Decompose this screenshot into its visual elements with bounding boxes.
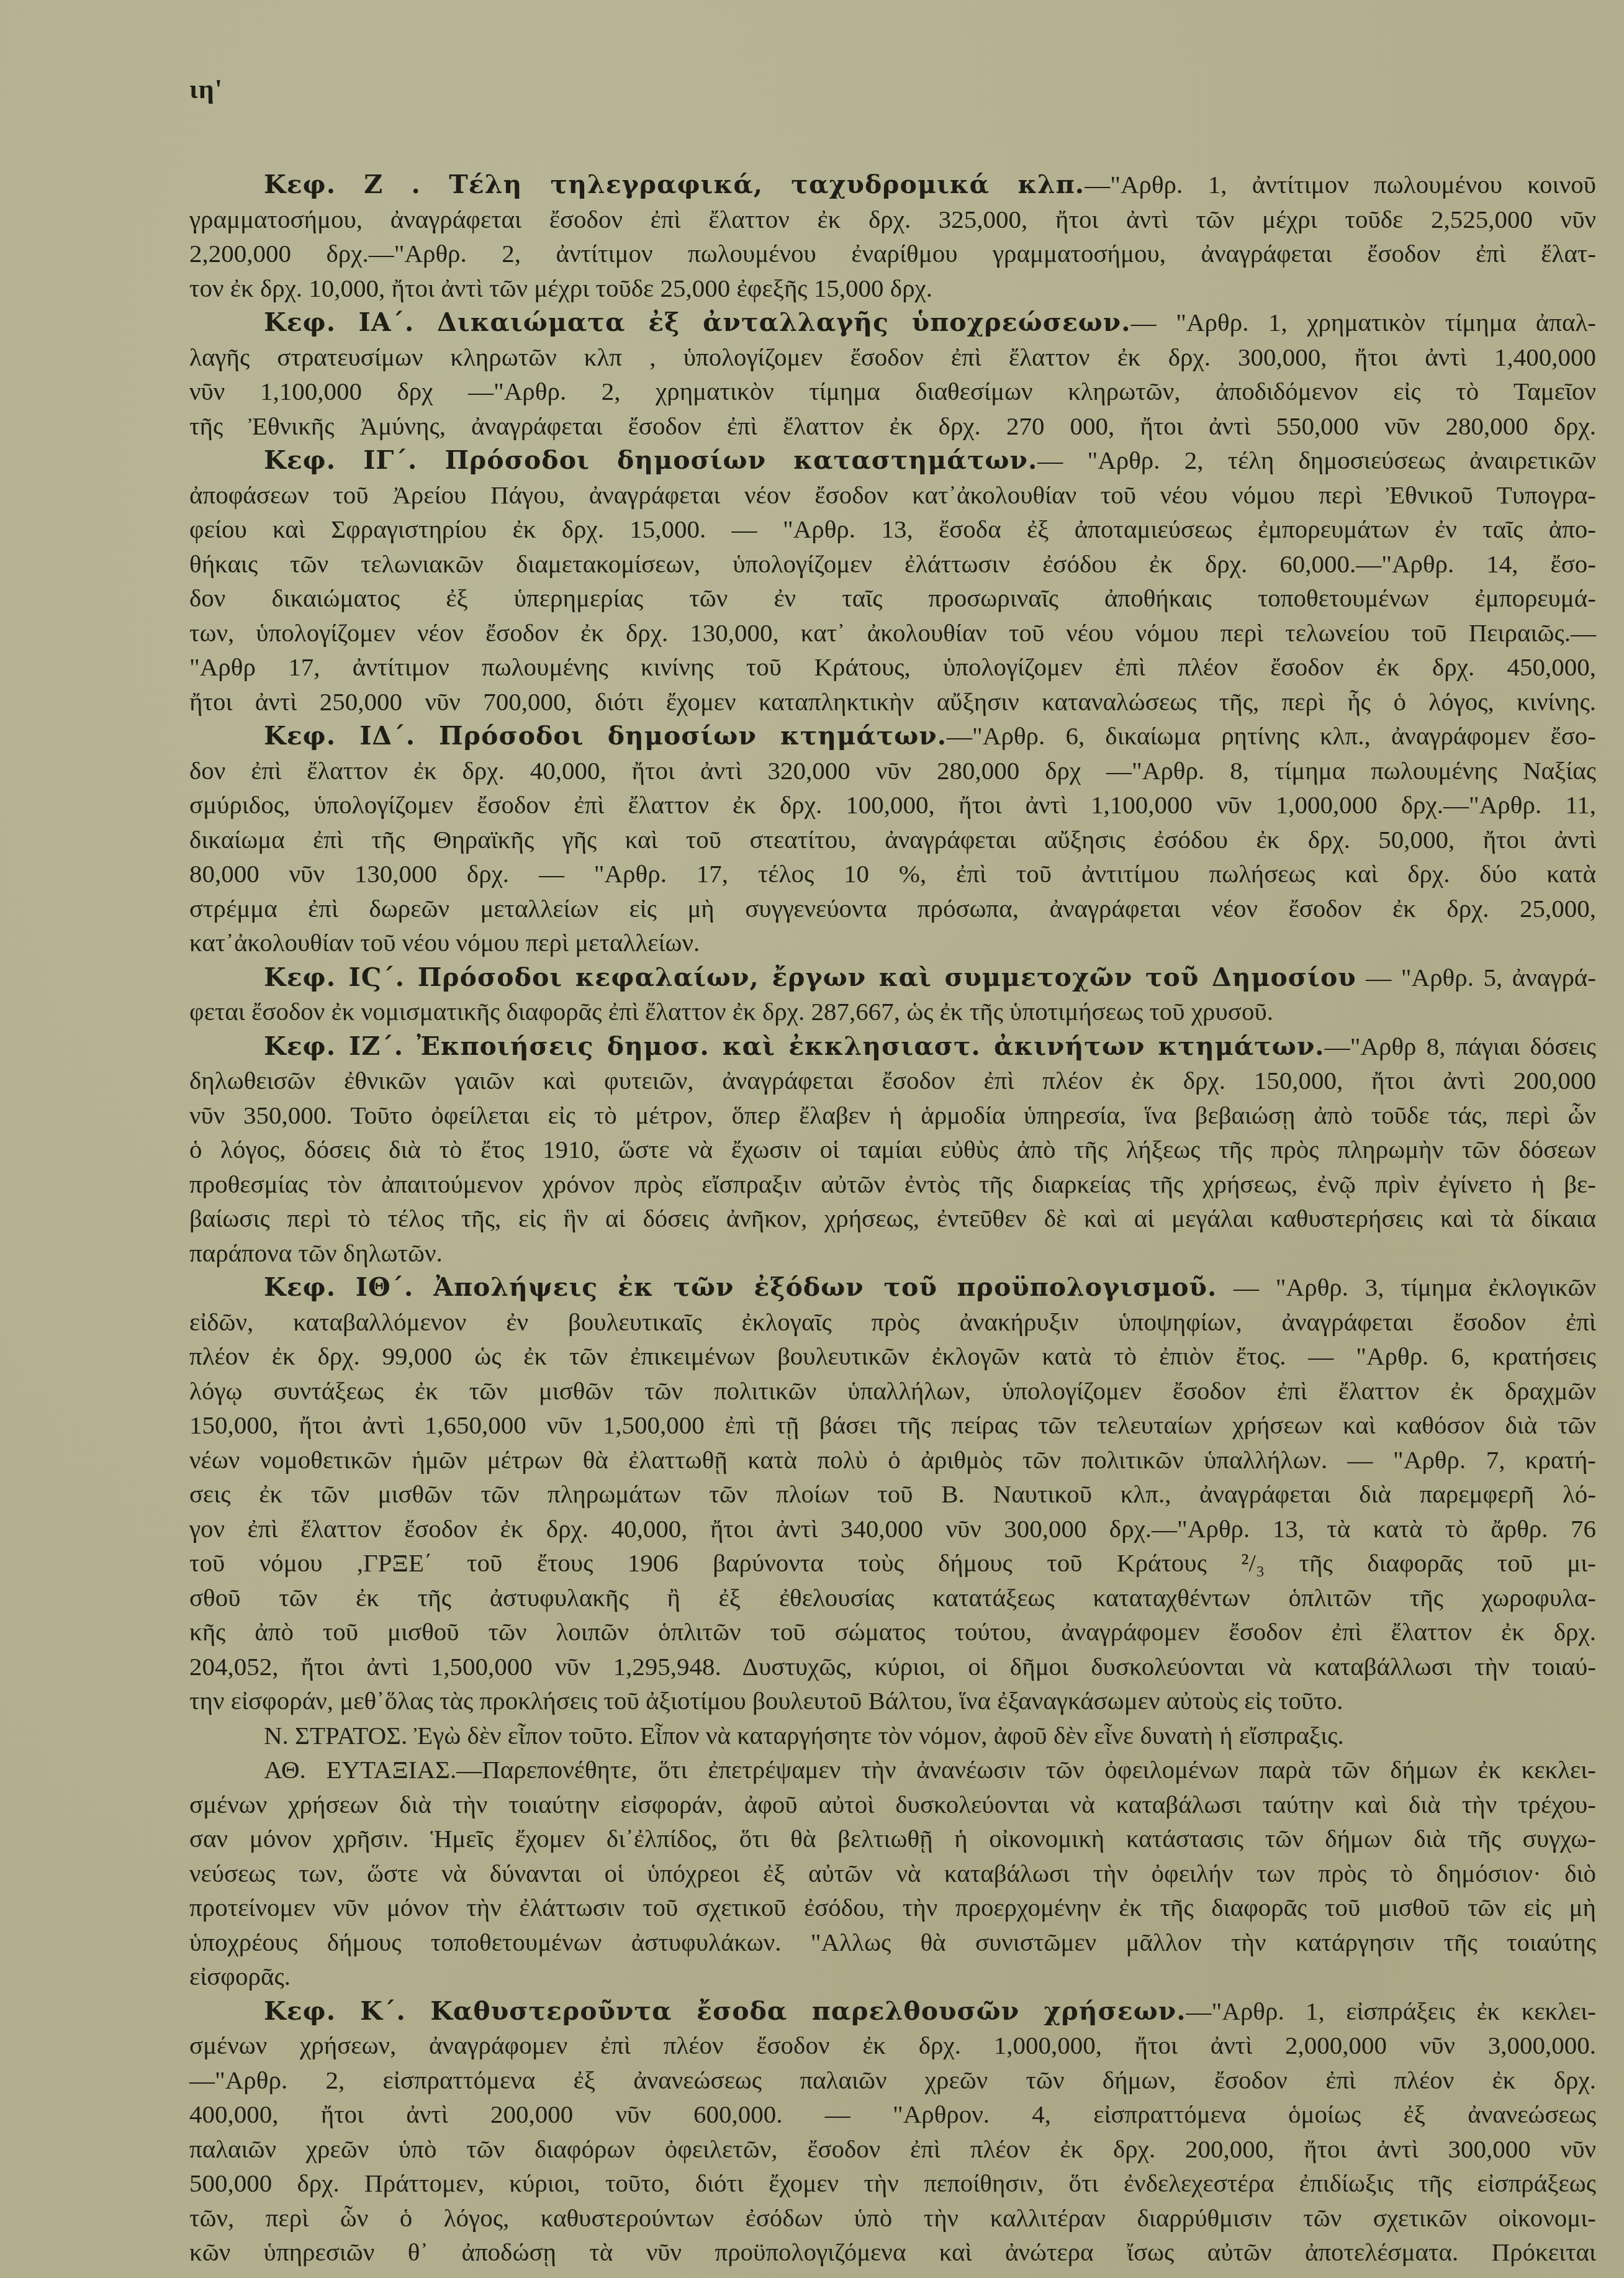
speech-first-line: ΑΘ. ΕΥΤΑΞΙΑΣ.—Παρεπονέθητε, ὅτι ἐπετρέψα… [189,1753,1596,1788]
section-first-line: Κεφ. Κ΄. Καθυστεροῦντα ἔσοδα παρελθουσῶν… [189,1994,1596,2029]
text-line: τον ἐκ δρχ. 10,000, ἤτοι ἀντὶ τῶν μέχρι … [189,271,1596,306]
text-line: —"Αρθρ. 2, εἰσπραττόμενα ἐξ ἀνανεώσεως π… [189,2063,1596,2098]
text-line: σεις ἐκ τῶν μισθῶν τῶν πληρωμάτων τῶν πλ… [189,1477,1596,1512]
section-heading: Κεφ. ΙΘ΄. Ἀπολήψεις ἐκ τῶν ἐξόδων τοῦ πρ… [264,1272,1217,1302]
section-text: — "Αρθρ. 5, ἀναγρά- [1356,963,1596,992]
text-line: ἤτοι ἀντὶ 250,000 νῦν 700,000, διότι ἔχο… [189,685,1596,720]
text-line: γραμματοσήμου, ἀναγράφεται ἔσοδον ἐπὶ ἔλ… [189,202,1596,237]
text-line: νεύσεως των, ὥστε νὰ δύνανται οἱ ὑπόχρεο… [189,1856,1596,1891]
section-kef-z: Κεφ. Ζ . Τέλη τηλεγραφικά, ταχυδρομικά κ… [189,168,1596,305]
text-line: 204,052, ἤτοι ἀντὶ 1,500,000 νῦν 1,295,9… [189,1650,1596,1684]
section-text: —"Αρθρ. 1, εἰσπράξεις ἐκ κεκλει- [1186,1997,1596,2025]
section-text: — "Αρθρ. 3, τίμημα ἐκλογικῶν [1217,1273,1596,1301]
text-line: σμύριδος, ὑπολογίζομεν ἔσοδον ἐπὶ ἔλαττο… [189,788,1596,823]
section-first-line: Κεφ. ΙΖ΄. Ἐκποιήσεις δημοσ. καὶ ἐκκλησια… [189,1029,1596,1064]
text-line: βαίωσις περὶ τὸ τέλος τῆς, εἰς ἣν αἱ δόσ… [189,1201,1596,1236]
text-line: ὑποχρέους δήμους τοποθετουμένων ἀστυφυλά… [189,1925,1596,1960]
document-body: Κεφ. Ζ . Τέλη τηλεγραφικά, ταχυδρομικά κ… [189,168,1596,2270]
section-kef-iz: Κεφ. ΙΖ΄. Ἐκποιήσεις δημοσ. καὶ ἐκκλησια… [189,1029,1596,1271]
text-line: προθεσμίας τὸν ἀπαιτούμενον χρόνον πρὸς … [189,1167,1596,1202]
section-text: —"Αρθρ 8, πάγιαι δόσεις [1325,1032,1596,1060]
text-line: φείου καὶ Σφραγιστηρίου ἐκ δρχ. 15,000. … [189,512,1596,547]
text-line: παράπονα τῶν δηλωτῶν. [189,1236,1596,1271]
section-heading: Κεφ. ΙΖ΄. Ἐκποιήσεις δημοσ. καὶ ἐκκλησια… [264,1031,1325,1061]
text-line: σμένων χρήσεων διὰ τὴν τοιαύτην εἰσφοράν… [189,1788,1596,1822]
section-heading: Κεφ. Κ΄. Καθυστεροῦντα ἔσοδα παρελθουσῶν… [264,1996,1186,2026]
section-kef-ig: Κεφ. ΙΓ΄. Πρόσοδοι δημοσίων καταστημάτων… [189,443,1596,719]
text-line: λαγῆς στρατευσίμων κληρωτῶν κλπ , ὑπολογ… [189,340,1596,375]
speech-first-line: Ν. ΣΤΡΑΤΟΣ. Ἐγὼ δὲν εἶπον τοῦτο. Εἶπον ν… [189,1719,1596,1753]
text-line: φεται ἔσοδον ἐκ νομισματικῆς διαφορᾶς ἐπ… [189,995,1596,1029]
text-line: ὁ λόγος, δόσεις διὰ τὸ ἔτος 1910, ὥστε ν… [189,1132,1596,1167]
text-line: των, ὑπολογίζομεν νέον ἔσοδον ἐκ δρχ. 13… [189,616,1596,651]
text-line: δον δικαιώματος ἐξ ὑπερημερίας τῶν ἐν τα… [189,581,1596,616]
text-line: ἀποφάσεων τοῦ Ἀρείου Πάγου, ἀναγράφεται … [189,478,1596,513]
section-first-line: Κεφ. ΙΑ΄. Δικαιώματα ἐξ ἀνταλλαγῆς ὑποχρ… [189,305,1596,340]
text-line: νῦν 1,100,000 δρχ —"Αρθρ. 2, χρηματικὸν … [189,374,1596,409]
section-first-line: Κεφ. ΙΓ΄. Πρόσοδοι δημοσίων καταστημάτων… [189,443,1596,478]
section-kef-k: Κεφ. Κ΄. Καθυστεροῦντα ἔσοδα παρελθουσῶν… [189,1994,1596,2270]
text-line: σθοῦ τῶν ἐκ τῆς ἀστυφυλακῆς ἢ ἐξ ἐθελουσ… [189,1581,1596,1616]
text-line: κατ᾽ἀκολουθίαν τοῦ νέου νόμου περὶ μεταλ… [189,926,1596,960]
text-line: τοῦ νόμου ,ΓΡΞΕ΄ τοῦ ἔτους 1906 βαρύνοντ… [189,1546,1596,1581]
speech-stratos: Ν. ΣΤΡΑΤΟΣ. Ἐγὼ δὲν εἶπον τοῦτο. Εἶπον ν… [189,1719,1596,1753]
text-line: τῆς Ἐθνικῆς Ἀμύνης, ἀναγράφεται ἔσοδον ἐ… [189,409,1596,444]
speaker-name: Ν. ΣΤΡΑΤΟΣ. [264,1721,407,1750]
text-line: εἰδῶν, καταβαλλόμενον ἐν βουλευτικαῖς ἐκ… [189,1305,1596,1340]
text-line: κῶν ὑπηρεσιῶν θ᾽ ἀποδώσῃ τὰ νῦν προϋπολο… [189,2235,1596,2270]
text-line: νέων νομοθετικῶν ἡμῶν μέτρων θὰ ἐλαττωθῇ… [189,1443,1596,1478]
text-line: δηλωθεισῶν ἐθνικῶν γαιῶν καὶ φυτειῶν, ἀν… [189,1064,1596,1098]
text-line: εἰσφορᾶς. [189,1959,1596,1994]
text-line: 150,000, ἤτοι ἀντὶ 1,650,000 νῦν 1,500,0… [189,1408,1596,1443]
text-line: "Αρθρ 17, ἀντίτιμον πωλουμένης κινίνης τ… [189,650,1596,685]
section-first-line: Κεφ. ΙϚ΄. Πρόσοδοι κεφαλαίων, ἔργων καὶ … [189,960,1596,995]
section-first-line: Κεφ. ΙΘ΄. Ἀπολήψεις ἐκ τῶν ἐξόδων τοῦ πρ… [189,1270,1596,1305]
section-text: —"Αρθρ. 1, ἀντίτιμον πωλουμένου κοινοῦ [1085,170,1596,199]
text-line: δον ἐπὶ ἔλαττον ἐκ δρχ. 40,000, ἤτοι ἀντ… [189,754,1596,789]
text-line: τῶν, περὶ ὧν ὁ λόγος, καθυστερούντων ἐσό… [189,2201,1596,2236]
speaker-name: ΑΘ. ΕΥΤΑΞΙΑΣ. [264,1755,456,1784]
speech-text: —Παρεπονέθητε, ὅτι ἐπετρέψαμεν τὴν ἀνανέ… [456,1755,1596,1784]
section-kef-ia: Κεφ. ΙΑ΄. Δικαιώματα ἐξ ἀνταλλαγῆς ὑποχρ… [189,305,1596,443]
text-line: στρέμμα ἐπὶ δωρεῶν μεταλλείων εἰς μὴ συγ… [189,892,1596,926]
section-text: —"Αρθρ. 6, δικαίωμα ρητίνης κλπ., ἀναγρά… [947,721,1596,750]
text-line: νῦν 350,000. Τοῦτο ὀφείλεται εἰς τὸ μέτρ… [189,1098,1596,1133]
section-heading: Κεφ. ΙΑ΄. Δικαιώματα ἐξ ἀνταλλαγῆς ὑποχρ… [264,307,1131,337]
section-first-line: Κεφ. Ζ . Τέλη τηλεγραφικά, ταχυδρομικά κ… [189,168,1596,202]
section-kef-id: Κεφ. ΙΔ΄. Πρόσοδοι δημοσίων κτημάτων.—"Α… [189,719,1596,960]
text-line: γον ἐπὶ ἔλαττον ἔσοδον ἐκ δρχ. 40,000, ἤ… [189,1512,1596,1547]
text-line: δικαίωμα ἐπὶ τῆς Θηραϊκῆς γῆς καὶ τοῦ στ… [189,823,1596,857]
section-text: — "Αρθρ. 2, τέλη δημοσιεύσεως ἀναιρετικῶ… [1037,446,1596,474]
text-line: λόγῳ συντάξεως ἐκ τῶν μισθῶν τῶν πολιτικ… [189,1374,1596,1409]
text-line: κῆς ἀπὸ τοῦ μισθοῦ τῶν λοιπῶν ὁπλιτῶν το… [189,1615,1596,1650]
text-line: πλέον ἐκ δρχ. 99,000 ὡς ἐκ τῶν ἐπικειμέν… [189,1339,1596,1374]
section-kef-ist: Κεφ. ΙϚ΄. Πρόσοδοι κεφαλαίων, ἔργων καὶ … [189,960,1596,1029]
page-number: ιη' [189,73,223,105]
text-line: σαν μόνον χρῆσιν. Ἡμεῖς ἔχομεν δι᾽ἐλπίδο… [189,1822,1596,1856]
text-line: 400,000, ἤτοι ἀντὶ 200,000 νῦν 600,000. … [189,2097,1596,2132]
section-heading: Κεφ. ΙΔ΄. Πρόσοδοι δημοσίων κτημάτων. [264,721,947,751]
section-kef-ith: Κεφ. ΙΘ΄. Ἀπολήψεις ἐκ τῶν ἐξόδων τοῦ πρ… [189,1270,1596,1719]
section-text: — "Αρθρ. 1, χρηματικὸν τίμημα ἀπαλ- [1131,308,1596,337]
text-line: την εἰσφοράν, μεθ᾽ὅλας τὰς προκλήσεις το… [189,1684,1596,1719]
text-line: 80,000 νῦν 130,000 δρχ. — "Αρθρ. 17, τέλ… [189,857,1596,892]
section-first-line: Κεφ. ΙΔ΄. Πρόσοδοι δημοσίων κτημάτων.—"Α… [189,719,1596,754]
speech-text: Ἐγὼ δὲν εἶπον τοῦτο. Εἶπον νὰ καταργήσητ… [413,1721,1343,1750]
section-heading: Κεφ. ΙϚ΄. Πρόσοδοι κεφαλαίων, ἔργων καὶ … [264,962,1356,992]
text-line: 500,000 δρχ. Πράττομεν, κύριοι, τοῦτο, δ… [189,2166,1596,2201]
section-heading: Κεφ. Ζ . Τέλη τηλεγραφικά, ταχυδρομικά κ… [264,169,1085,199]
section-heading: Κεφ. ΙΓ΄. Πρόσοδοι δημοσίων καταστημάτων… [264,445,1037,475]
speech-eftaxias: ΑΘ. ΕΥΤΑΞΙΑΣ.—Παρεπονέθητε, ὅτι ἐπετρέψα… [189,1753,1596,1994]
text-line: θήκαις τῶν τελωνιακῶν διαμετακομίσεων, ὑ… [189,547,1596,582]
text-line: 2,200,000 δρχ.—"Αρθρ. 2, ἀντίτιμον πωλου… [189,237,1596,271]
text-line: παλαιῶν χρεῶν ὑπὸ τῶν διαφόρων ὀφειλετῶν… [189,2132,1596,2167]
text-line: προτείνομεν νῦν μόνον τὴν ἐλάττωσιν τοῦ … [189,1891,1596,1925]
text-line: σμένων χρήσεων, ἀναγράφομεν ἐπὶ πλέον ἔσ… [189,2028,1596,2063]
